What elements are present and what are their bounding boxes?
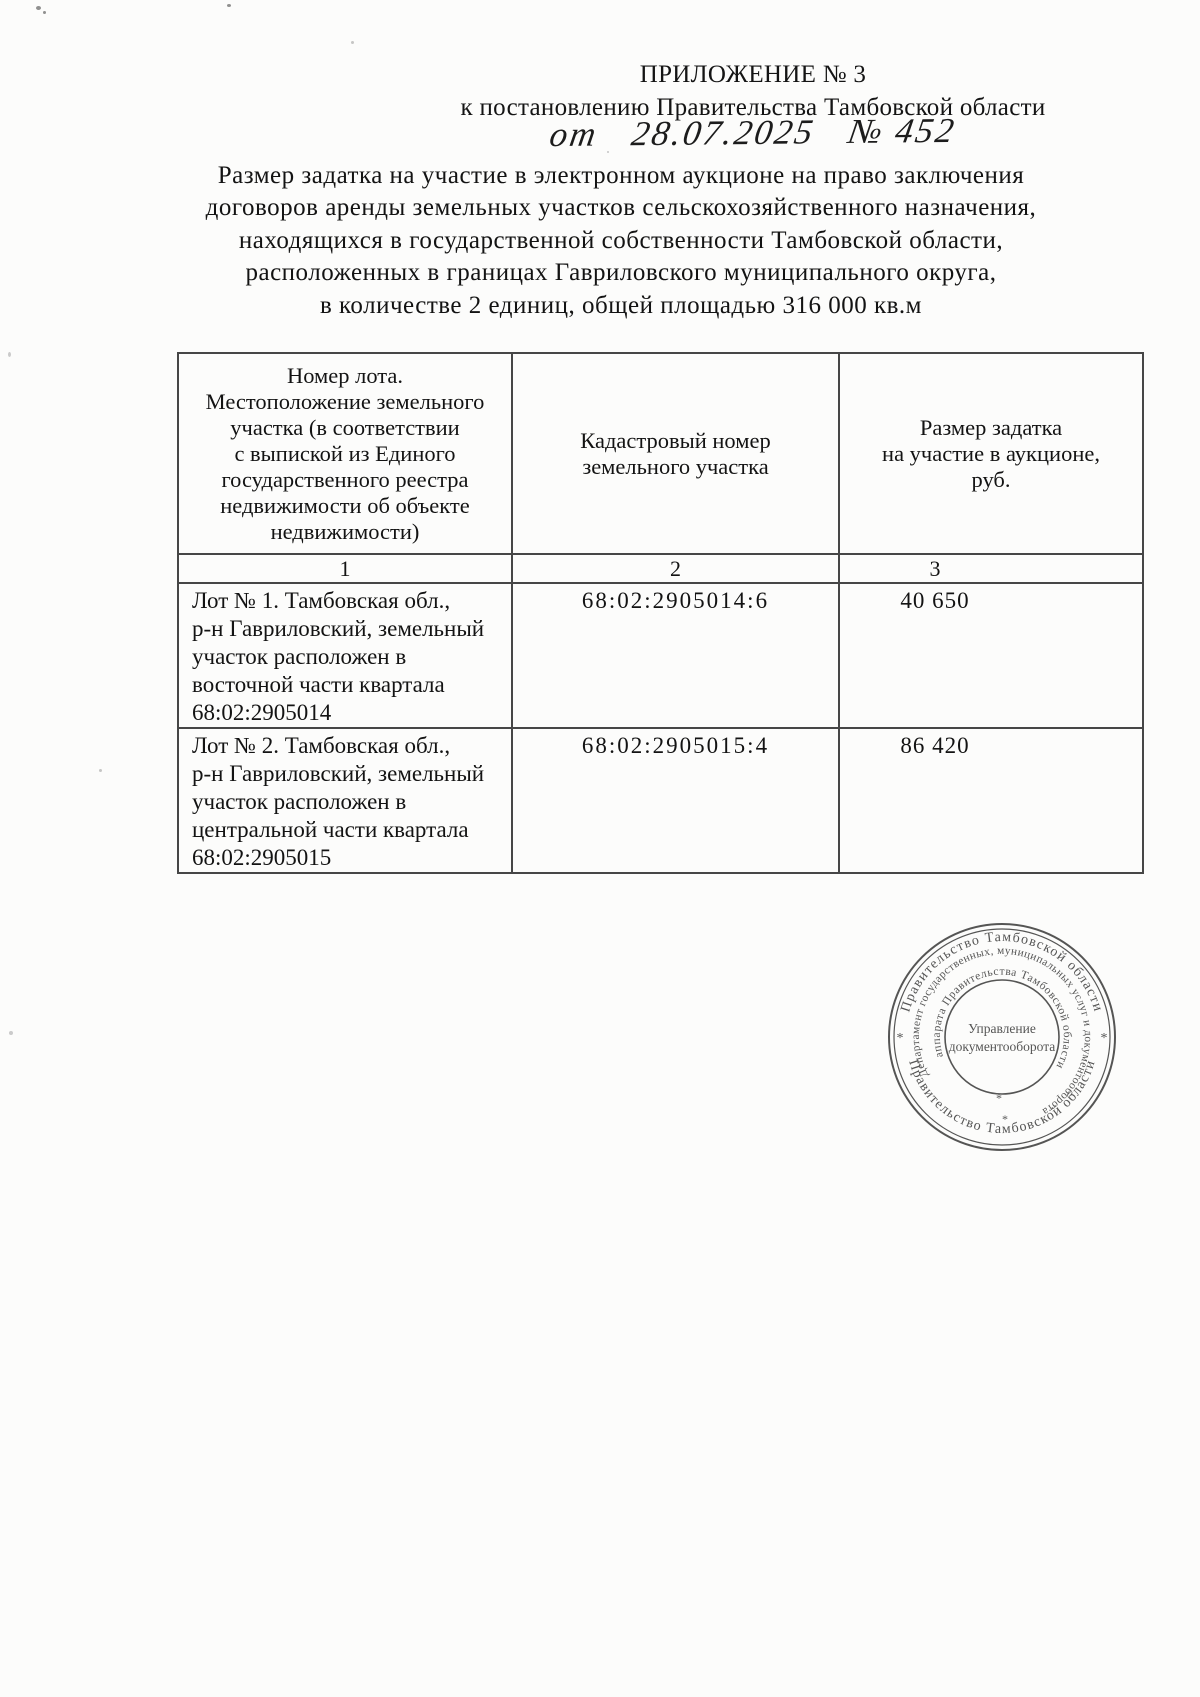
header-deposit-amount: Размер задатка на участие в аукционе, ру… <box>839 353 1143 554</box>
stamp-graphic: Правительство Тамбовской области Правите… <box>877 912 1127 1162</box>
scan-speckle <box>607 151 609 153</box>
stamp-center-line1: Управление <box>968 1021 1036 1036</box>
scan-speckle <box>43 11 46 14</box>
lot-2-deposit: 86 420 <box>839 728 1143 873</box>
scan-speckle <box>99 769 102 772</box>
lot-2-location: Лот № 2. Тамбовская обл., р-н Гавриловск… <box>178 728 512 873</box>
stamp-center-circle <box>945 980 1059 1094</box>
scan-speckle <box>8 352 11 357</box>
stamp-bottom-asterisk-inner: * <box>996 1091 1002 1105</box>
stamp-bottom-asterisk-outer: * <box>1002 1112 1008 1126</box>
stamp-ring-inner-text: аппарата Правительства Тамбовской област… <box>931 966 1073 1071</box>
table-row-lot-1: Лот № 1. Тамбовская обл., р-н Гавриловск… <box>178 583 1143 728</box>
table-header-row: Номер лота. Местоположение земельного уч… <box>178 353 1143 554</box>
column-number-2: 2 <box>512 554 839 583</box>
stamp-left-asterisk: * <box>897 1031 904 1046</box>
stamp-right-asterisk: * <box>1101 1031 1108 1046</box>
handwritten-from: от <box>547 118 600 151</box>
stamp-center-line2: документооборота <box>949 1039 1056 1054</box>
column-number-3: 3 <box>839 554 1143 583</box>
lot-1-location: Лот № 1. Тамбовская обл., р-н Гавриловск… <box>178 583 512 728</box>
handwritten-date-number: от 28.07.2025 № 452 <box>447 113 1060 152</box>
scan-speckle <box>9 1031 13 1035</box>
lot-1-cadastral-number: 68:02:2905014:6 <box>512 583 839 728</box>
scan-speckle <box>227 4 231 7</box>
lot-2-cadastral-number: 68:02:2905015:4 <box>512 728 839 873</box>
lots-table: Номер лота. Местоположение земельного уч… <box>177 352 1144 874</box>
title-line: расположенных в границах Гавриловского м… <box>168 257 1074 289</box>
column-number-1: 1 <box>178 554 512 583</box>
handwritten-number: № 452 <box>846 114 958 148</box>
appendix-header: ПРИЛОЖЕНИЕ № 3 к постановлению Правитель… <box>450 58 1056 149</box>
title-line: в количестве 2 единиц, общей площадью 31… <box>168 290 1074 322</box>
scan-speckle <box>36 6 41 10</box>
appendix-title: ПРИЛОЖЕНИЕ № 3 <box>450 58 1056 91</box>
table-row-lot-2: Лот № 2. Тамбовская обл., р-н Гавриловск… <box>178 728 1143 873</box>
official-stamp: Правительство Тамбовской области Правите… <box>877 912 1127 1162</box>
title-line: Размер задатка на участие в электронном … <box>168 160 1074 192</box>
title-line: договоров аренды земельных участков сель… <box>168 192 1074 224</box>
document-title-paragraph: Размер задатка на участие в электронном … <box>168 160 1074 322</box>
scanned-document-page: ПРИЛОЖЕНИЕ № 3 к постановлению Правитель… <box>0 0 1200 1697</box>
handwritten-date: 28.07.2025 <box>629 115 817 150</box>
scan-speckle <box>351 41 354 44</box>
column-number-row: 1 2 3 <box>178 554 1143 583</box>
header-lot-location: Номер лота. Местоположение земельного уч… <box>178 353 512 554</box>
lot-1-deposit: 40 650 <box>839 583 1143 728</box>
header-cadastral-number: Кадастровый номер земельного участка <box>512 353 839 554</box>
title-line: находящихся в государственной собственно… <box>168 225 1074 257</box>
